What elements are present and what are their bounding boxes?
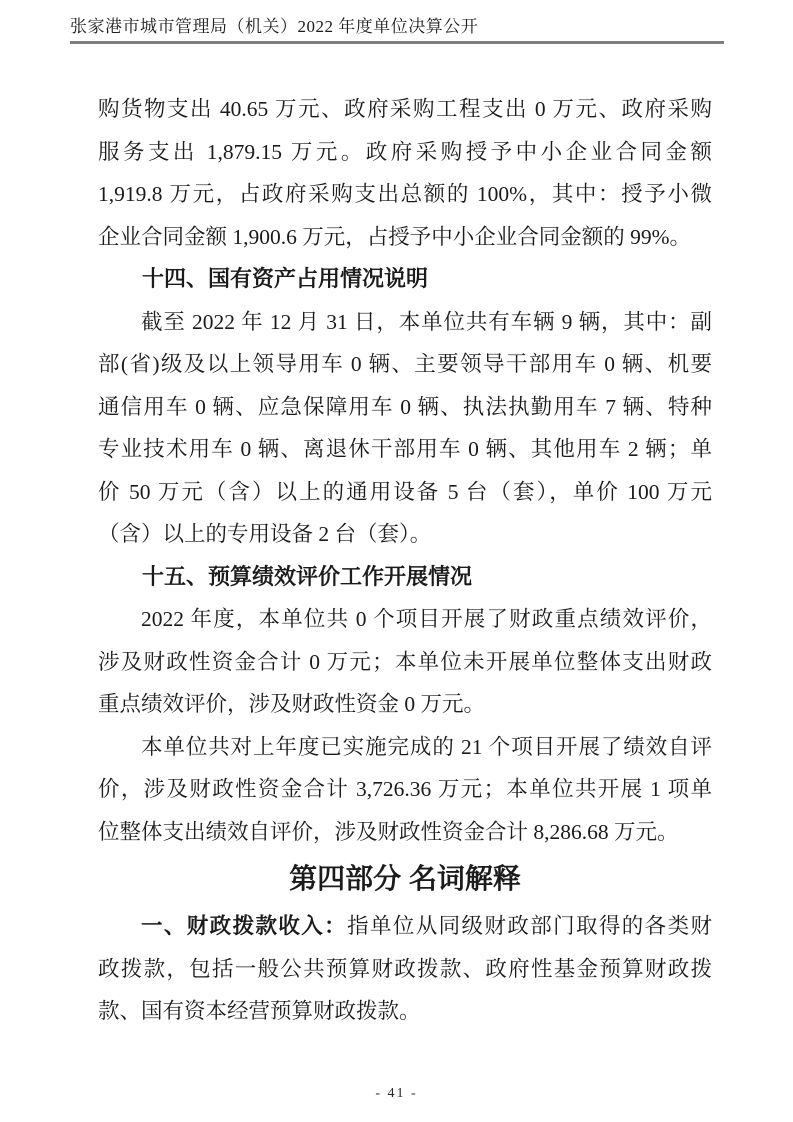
section-heading: 十五、预算绩效评价工作开展情况 (98, 556, 712, 599)
paragraph-line: 价 50 万元（含）以上的通用设备 5 台（套），单价 100 万元 (98, 471, 712, 514)
paragraph-line: 本单位共对上年度已实施完成的 21 个项目开展了绩效自评 (98, 726, 712, 769)
header-title: 张家港市城市管理局（机关）2022 年度单位决算公开 (70, 12, 724, 37)
paragraph-line: 重点绩效评价，涉及财政性资金 0 万元。 (98, 683, 712, 726)
part-title: 第四部分 名词解释 (98, 853, 712, 905)
section-heading: 十四、国有资产占用情况说明 (98, 258, 712, 301)
line-text: 指单位从同级财政部门取得的各类财 (347, 914, 712, 938)
paragraph-line: 政拨款，包括一般公共预算财政拨款、政府性基金预算财政拨 (98, 948, 712, 991)
paragraph-line: （含）以上的专用设备 2 台（套）。 (98, 513, 712, 556)
paragraph-line: 2022 年度，本单位共 0 个项目开展了财政重点绩效评价， (98, 598, 712, 641)
document-body: 购货物支出 40.65 万元、政府采购工程支出 0 万元、政府采购服务支出 1,… (98, 88, 712, 1033)
paragraph-line: 价，涉及财政性资金合计 3,726.36 万元；本单位共开展 1 项单 (98, 768, 712, 811)
page-footer: - 41 - (0, 1086, 793, 1102)
page-number: - 41 - (375, 1086, 417, 1101)
paragraph-line: 一、财政拨款收入：指单位从同级财政部门取得的各类财 (98, 905, 712, 948)
paragraph-line: 企业合同金额 1,900.6 万元，占授予中小企业合同金额的 99%。 (98, 216, 712, 259)
paragraph-line: 购货物支出 40.65 万元、政府采购工程支出 0 万元、政府采购 (98, 88, 712, 131)
paragraph-line: 部(省)级及以上领导用车 0 辆、主要领导干部用车 0 辆、机要 (98, 343, 712, 386)
paragraph-line: 涉及财政性资金合计 0 万元；本单位未开展单位整体支出财政 (98, 641, 712, 684)
paragraph-line: 服务支出 1,879.15 万元。政府采购授予中小企业合同金额 (98, 131, 712, 174)
page-header: 张家港市城市管理局（机关）2022 年度单位决算公开 (70, 12, 724, 44)
document-page: 张家港市城市管理局（机关）2022 年度单位决算公开 购货物支出 40.65 万… (0, 0, 793, 1122)
paragraph-line: 专业技术用车 0 辆、离退休干部用车 0 辆、其他用车 2 辆；单 (98, 428, 712, 471)
paragraph-line: 1,919.8 万元，占政府采购支出总额的 100%，其中：授予小微 (98, 173, 712, 216)
paragraph-line: 通信用车 0 辆、应急保障用车 0 辆、执法执勤用车 7 辆、特种 (98, 386, 712, 429)
paragraph-line: 截至 2022 年 12 月 31 日，本单位共有车辆 9 辆，其中：副 (98, 301, 712, 344)
term-label: 一、财政拨款收入： (141, 914, 347, 938)
paragraph-line: 位整体支出绩效自评价，涉及财政性资金合计 8,286.68 万元。 (98, 811, 712, 854)
paragraph-line: 款、国有资本经营预算财政拨款。 (98, 990, 712, 1033)
header-rule (70, 41, 724, 44)
